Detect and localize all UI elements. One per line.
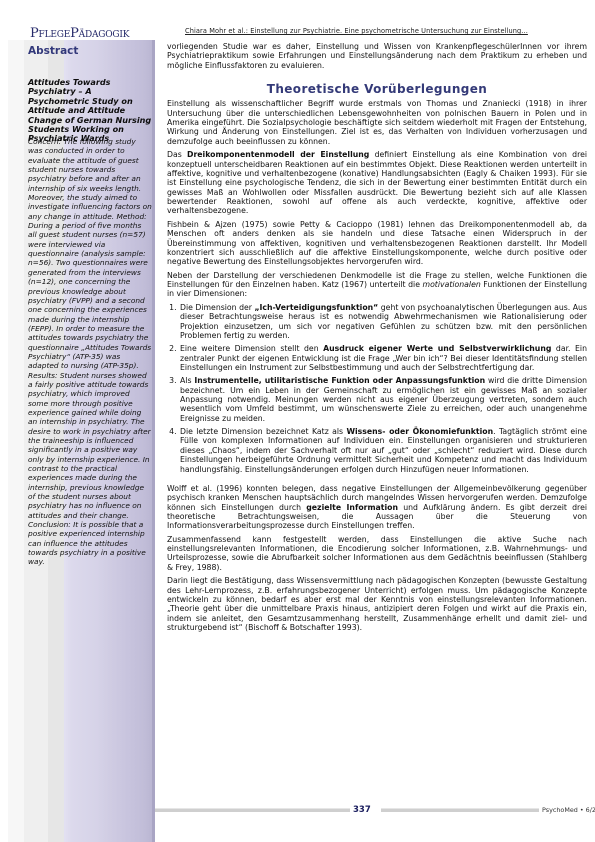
- footer-journal: PsychoMed • 6/2005: [542, 806, 595, 814]
- list-item: Die Dimension der „Ich-Verteidigungsfunk…: [179, 303, 587, 340]
- list-item: Eine weitere Dimension stellt den Ausdru…: [179, 344, 587, 372]
- paragraph-5: Wolff et al. (1996) konnten belegen, das…: [167, 484, 587, 531]
- section-heading: Theoretische Vorüberlegungen: [167, 85, 587, 94]
- page-number: 337: [353, 805, 371, 815]
- footer-rule-right: [381, 808, 539, 812]
- text: Das: [167, 150, 187, 159]
- abstract-title: Attitudes Towards Psychiatry – A Psychom…: [28, 78, 154, 144]
- dimensions-list: Die Dimension der „Ich-Verteidigungsfunk…: [167, 303, 587, 474]
- bold-term: Dreikomponentenmodell der Einstellung: [187, 150, 369, 159]
- main-column: vorliegenden Studie war es daher, Einste…: [167, 42, 587, 637]
- list-item: Als Instrumentelle, utilitaristische Fun…: [179, 376, 587, 423]
- text: definiert Einstellung als eine Kombinati…: [167, 150, 587, 215]
- paragraph-1: Einstellung als wissenschaftlicher Begri…: [167, 99, 587, 146]
- abstract-label: Abstract: [28, 45, 78, 57]
- bold-term: Ausdruck eigener Werte und Selbstverwirk…: [323, 344, 551, 353]
- list-item: Die letzte Dimension bezeichnet Katz als…: [179, 427, 587, 474]
- paragraph-3: Fishbein & Ajzen (1975) sowie Petty & Ca…: [167, 220, 587, 267]
- bold-term: „Ich-Verteidigungsfunktion“: [254, 303, 378, 312]
- intro-paragraph: vorliegenden Studie war es daher, Einste…: [167, 42, 587, 70]
- text: Als: [180, 376, 194, 385]
- text: Die letzte Dimension bezeichnet Katz als: [180, 427, 346, 436]
- sidebar-edge-rule: [152, 40, 155, 842]
- footer-rule-left: [155, 808, 350, 812]
- paragraph-7: Darin liegt die Bestätigung, dass Wissen…: [167, 576, 587, 632]
- abstract-text: Concern: The following study was conduct…: [28, 137, 152, 567]
- italic-term: motivationalen: [423, 280, 481, 289]
- text: Die Dimension der: [180, 303, 254, 312]
- paragraph-2: Das Dreikomponentenmodell der Einstellun…: [167, 150, 587, 215]
- paragraph-4: Neben der Darstellung der verschiedenen …: [167, 271, 587, 299]
- bold-term: Instrumentelle, utilitaristische Funktio…: [194, 376, 485, 385]
- running-head: Chiara Mohr et al.: Einstellung zur Psyc…: [185, 27, 528, 35]
- abstract-body: Concern: The following study was conduct…: [28, 137, 152, 567]
- bold-term: Wissens- oder Ökonomiefunktion: [346, 427, 493, 436]
- text: Eine weitere Dimension stellt den: [180, 344, 323, 353]
- paragraph-6: Zusammenfassend kann festgestellt werden…: [167, 535, 587, 572]
- journal-logo: PflegePädagogik: [30, 26, 129, 41]
- bold-term: gezielte Information: [306, 503, 398, 512]
